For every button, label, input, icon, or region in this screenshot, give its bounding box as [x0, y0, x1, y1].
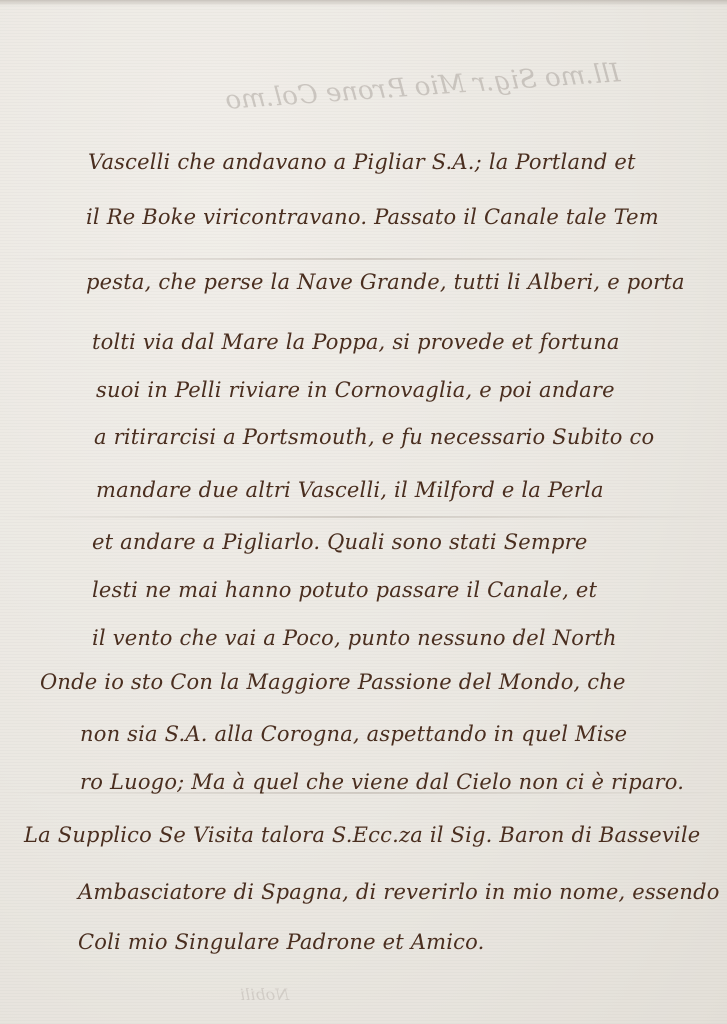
- bleed-through-fragment: Nobili: [240, 985, 289, 1004]
- letter-line-4: tolti via dal Mare la Poppa, si provede …: [92, 330, 620, 354]
- letter-line-1: Vascelli che andavano a Pigliar S.A.; la…: [88, 150, 636, 174]
- paper-top-edge: [0, 0, 727, 6]
- letter-line-11: Onde io sto Con la Maggiore Passione del…: [40, 670, 626, 694]
- letter-line-5: suoi in Pelli riviare in Cornovaglia, e …: [96, 378, 615, 402]
- bleed-through-salutation: Ill.mo Sig.r Mio P.rone Col.mo: [224, 58, 621, 116]
- letter-line-16: Coli mio Singulare Padrone et Amico.: [78, 930, 484, 954]
- letter-line-3: pesta, che perse la Nave Grande, tutti l…: [86, 270, 685, 294]
- letter-line-13: ro Luogo; Ma à quel che viene dal Cielo …: [80, 770, 684, 794]
- paper-fold-line: [0, 516, 727, 518]
- letter-line-10: il vento che vai a Poco, punto nessuno d…: [92, 626, 617, 650]
- letter-line-8: et andare a Pigliarlo. Quali sono stati …: [92, 530, 588, 554]
- letter-line-9: lesti ne mai hanno potuto passare il Can…: [92, 578, 597, 602]
- letter-line-12: non sia S.A. alla Corogna, aspettando in…: [80, 722, 627, 746]
- letter-line-14: La Supplico Se Visita talora S.Ecc.za il…: [24, 823, 700, 847]
- letter-page: Ill.mo Sig.r Mio P.rone Col.mo Nobili Va…: [0, 0, 727, 1024]
- letter-line-2: il Re Boke viricontravano. Passato il Ca…: [86, 205, 659, 229]
- letter-line-6: a ritirarcisi a Portsmouth, e fu necessa…: [94, 425, 654, 449]
- letter-line-7: mandare due altri Vascelli, il Milford e…: [96, 478, 604, 502]
- paper-fold-line: [0, 258, 727, 260]
- letter-line-15: Ambasciatore di Spagna, di reverirlo in …: [78, 880, 720, 904]
